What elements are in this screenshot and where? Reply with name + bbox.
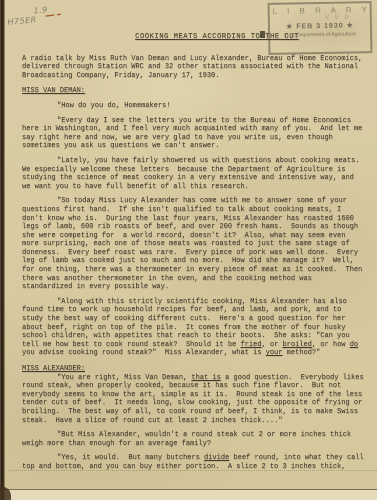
text-segment: "But Miss Alexander, wouldn't a round st… [22,431,355,448]
underlined-text: fried [240,341,261,349]
speaker-heading: MISS VAN DEMAN: [22,87,366,96]
paragraph: "So today Miss Lucy Alexander has come w… [22,197,366,292]
text-segment: , or how [312,341,350,349]
paragraph: "You are right, Miss Van Deman, that is … [22,374,366,426]
document-body: MISS VAN DEMAN:"How do you do, Homemaker… [22,87,366,471]
text-segment: "You are right, Miss Van Deman, [57,374,191,382]
text-segment: a good question. Everybody likes round s… [22,374,368,425]
text-segment: method?" [282,349,320,357]
page-binding-edge [0,0,5,500]
scanned-page: 1.9 H75ER — – L I B R A R Y V E D ★ FEB … [0,0,377,500]
text-segment: "So today Miss Lucy Alexander has come w… [22,197,366,291]
library-received-stamp: L I B R A R Y V E D ★ FEB 3 1930 ★ U. S.… [268,1,373,55]
red-pencil-mark: — – [44,10,61,22]
handwritten-call-number: 1.9 H75ER [6,5,49,27]
ink-smudge [260,31,265,38]
text-segment: "Lately, you have fairly showered us wit… [22,157,368,191]
underlined-text: divide [204,454,229,462]
text-segment: "How do you do, Homemakers! [57,102,170,110]
paragraph: "Every day I see the letters you write t… [22,117,366,151]
call-number-line2: H75ER [7,14,49,27]
text-segment: , or [261,341,282,349]
underlined-text: your [266,349,283,357]
text-segment: "Every day I see the letters you write t… [22,117,366,151]
underlined-text: that is [191,374,220,382]
paragraph: "But Miss Alexander, wouldn't a round st… [22,431,366,448]
paragraph: "Along with this strictly scientific coo… [22,298,366,358]
text-segment: "Yes, it would. But many butchers [57,454,204,462]
underlined-text: broiled [282,341,311,349]
stamp-date-text: ★ FEB 3 1930 ★ [273,21,367,31]
paragraph: "Lately, you have fairly showered us wit… [22,157,366,191]
speaker-heading: MISS ALEXANDER: [22,365,366,374]
stamp-agency-text: U. S. Department of Agriculture [273,31,367,39]
byline: A radio talk by Miss Ruth Van Deman and … [22,55,366,81]
paragraph: "Yes, it would. But many butchers divide… [22,454,366,471]
paragraph: "How do you do, Homemakers! [22,102,366,111]
document-text-column: COOKING MEATS ACCORDING TO THE CUT A rad… [22,33,366,472]
underlined-text: do [350,341,358,349]
page-bottom-edge [0,489,377,500]
